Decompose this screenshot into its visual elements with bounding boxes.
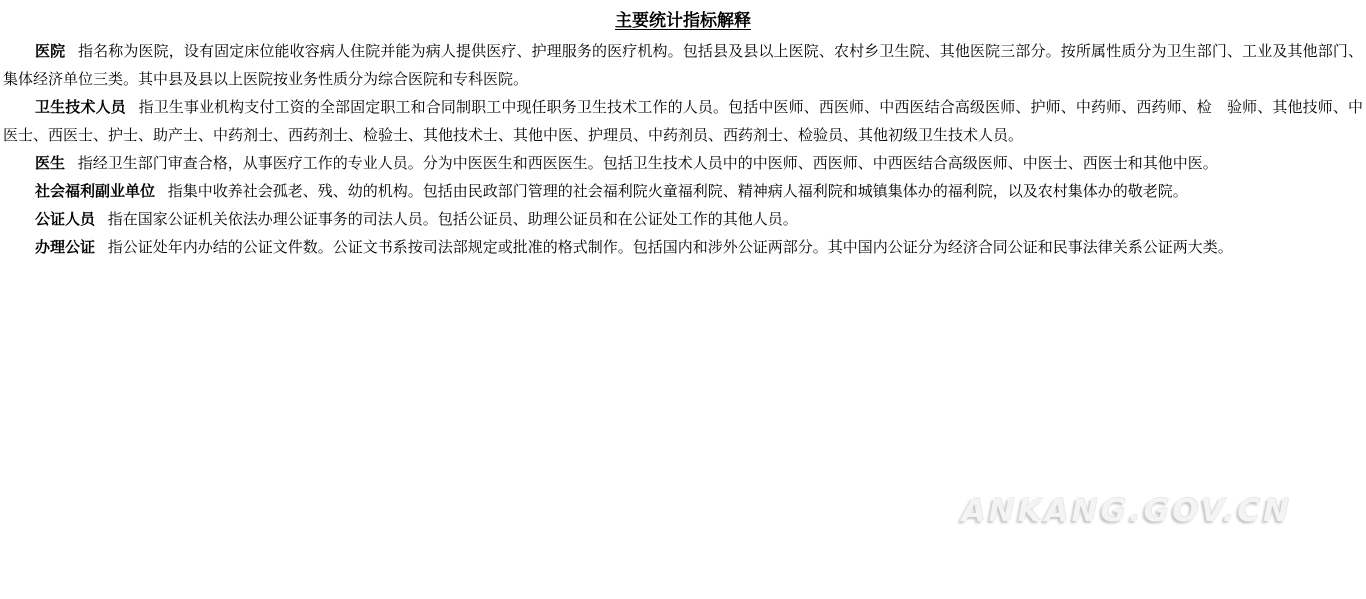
definition-paragraph-notarization-handled: 办理公证指公证处年内办结的公证文件数。公证文书系按司法部规定或批准的格式制作。包… [3,233,1363,261]
page-title-text: 主要统计指标解释 [615,11,751,31]
definition-term: 办理公证 [35,238,95,256]
definition-text: 指经卫生部门审查合格，从事医疗工作的专业人员。分为中医医生和西医医生。包括卫生技… [78,154,1218,172]
definition-term: 卫生技术人员 [35,98,126,116]
definition-paragraph-doctor: 医生指经卫生部门审查合格，从事医疗工作的专业人员。分为中医医生和西医医生。包括卫… [3,149,1363,177]
definition-term: 公证人员 [35,210,95,228]
definition-text: 指名称为医院，设有固定床位能收容病人住院并能为病人提供医疗、护理服务的医疗机构。… [3,42,1363,88]
document-page: 主要统计指标解释 医院指名称为医院，设有固定床位能收容病人住院并能为病人提供医疗… [0,0,1366,599]
definition-term: 医生 [35,154,65,172]
definition-paragraph-health-technical-personnel: 卫生技术人员指卫生事业机构支付工资的全部固定职工和合同制职工中现任职务卫生技术工… [3,93,1363,149]
definition-text: 指公证处年内办结的公证文件数。公证文书系按司法部规定或批准的格式制作。包括国内和… [108,238,1233,256]
watermark: ANKANG.GOV.CN [962,492,1292,530]
definition-text: 指卫生事业机构支付工资的全部固定职工和合同制职工中现任职务卫生技术工作的人员。包… [3,98,1363,144]
definition-paragraph-social-welfare-unit: 社会福利副业单位指集中收养社会孤老、残、幼的机构。包括由民政部门管理的社会福利院… [3,177,1363,205]
page-title: 主要统计指标解释 [3,10,1363,32]
definition-text: 指集中收养社会孤老、残、幼的机构。包括由民政部门管理的社会福利院火童福利院、精神… [168,182,1188,200]
definition-term: 社会福利副业单位 [35,182,155,200]
document-body: 主要统计指标解释 医院指名称为医院，设有固定床位能收容病人住院并能为病人提供医疗… [0,10,1366,261]
definition-term: 医院 [35,42,65,60]
definition-paragraph-hospital: 医院指名称为医院，设有固定床位能收容病人住院并能为病人提供医疗、护理服务的医疗机… [3,37,1363,93]
definition-paragraph-notary-personnel: 公证人员指在国家公证机关依法办理公证事务的司法人员。包括公证员、助理公证员和在公… [3,205,1363,233]
definition-text: 指在国家公证机关依法办理公证事务的司法人员。包括公证员、助理公证员和在公证处工作… [108,210,798,228]
